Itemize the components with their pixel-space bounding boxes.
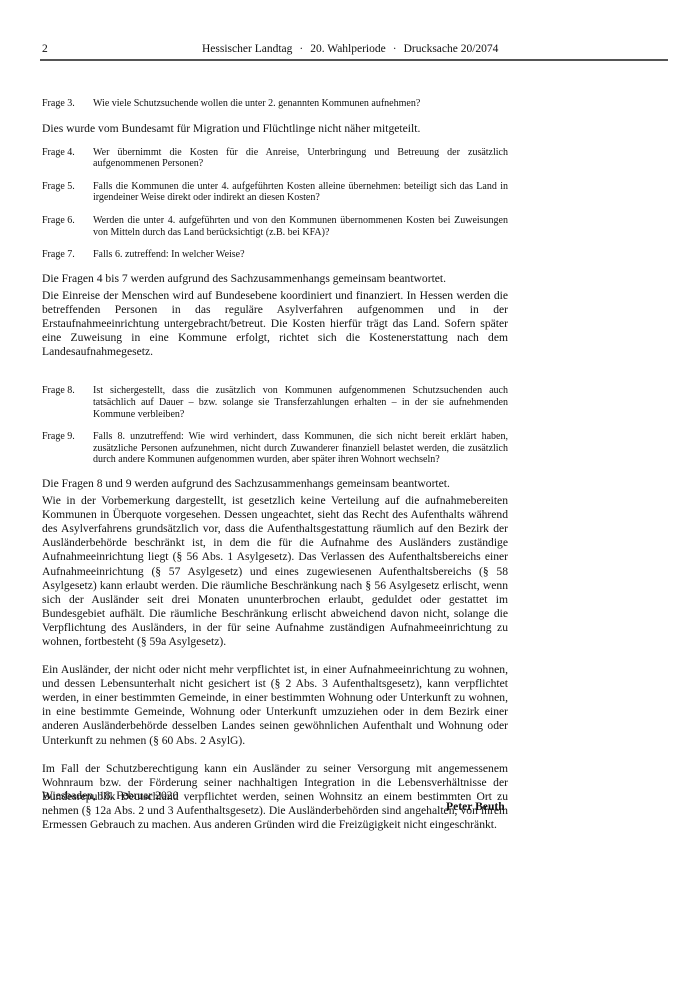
- question-text: Ist sichergestellt, dass die zusätzlich …: [93, 385, 508, 420]
- separator: ·: [393, 43, 397, 55]
- answer-8-9-intro: Die Fragen 8 und 9 werden aufgrund des S…: [42, 477, 508, 491]
- question-label: Frage 7.: [42, 249, 93, 261]
- question-8: Frage 8. Ist sichergestellt, dass die zu…: [42, 385, 508, 420]
- page-number: 2: [42, 43, 48, 55]
- answer-4-7: Die Einreise der Menschen wird auf Bunde…: [42, 289, 508, 359]
- document-page: 2 Hessischer Landtag·20. Wahlperiode·Dru…: [0, 0, 700, 990]
- separator: ·: [299, 43, 303, 55]
- question-text: Falls 8. unzutreffend: Wie wird verhinde…: [93, 431, 508, 466]
- question-5: Frage 5. Falls die Kommunen die unter 4.…: [42, 181, 508, 204]
- answer-8-9-paragraph-2: Ein Ausländer, der nicht oder nicht mehr…: [42, 663, 508, 748]
- question-label: Frage 3.: [42, 98, 93, 110]
- question-7: Frage 7. Falls 6. zutreffend: In welcher…: [42, 249, 508, 261]
- question-label: Frage 5.: [42, 181, 93, 204]
- question-label: Frage 8.: [42, 385, 93, 420]
- question-6: Frage 6. Werden die unter 4. aufgeführte…: [42, 215, 508, 238]
- question-text: Falls 6. zutreffend: In welcher Weise?: [93, 249, 508, 261]
- signatory-name: Peter Beuth: [446, 800, 505, 813]
- place-and-date: Wiesbaden, 18. Februar 2020: [42, 789, 178, 802]
- question-label: Frage 4.: [42, 147, 93, 170]
- question-text: Werden die unter 4. aufgeführten und von…: [93, 215, 508, 238]
- question-text: Falls die Kommunen die unter 4. aufgefüh…: [93, 181, 508, 204]
- header-meta: Hessischer Landtag·20. Wahlperiode·Druck…: [202, 43, 498, 55]
- question-9: Frage 9. Falls 8. unzutreffend: Wie wird…: [42, 431, 508, 466]
- question-3: Frage 3. Wie viele Schutzsuchende wollen…: [42, 98, 508, 110]
- question-label: Frage 6.: [42, 215, 93, 238]
- document-number: Drucksache 20/2074: [404, 43, 499, 55]
- question-4: Frage 4. Wer übernimmt die Kosten für di…: [42, 147, 508, 170]
- page-header: 2 Hessischer Landtag·20. Wahlperiode·Dru…: [40, 42, 668, 61]
- answer-4-7-intro: Die Fragen 4 bis 7 werden aufgrund des S…: [42, 272, 508, 286]
- parliament-name: Hessischer Landtag: [202, 43, 292, 55]
- legislative-period: 20. Wahlperiode: [310, 43, 386, 55]
- document-body: Frage 3. Wie viele Schutzsuchende wollen…: [42, 98, 508, 832]
- question-label: Frage 9.: [42, 431, 93, 466]
- question-text: Wie viele Schutzsuchende wollen die unte…: [93, 98, 508, 110]
- answer-3: Dies wurde vom Bundesamt für Migration u…: [42, 122, 508, 136]
- question-text: Wer übernimmt die Kosten für die Anreise…: [93, 147, 508, 170]
- answer-8-9-paragraph-1: Wie in der Vorbemerkung dargestellt, ist…: [42, 494, 508, 649]
